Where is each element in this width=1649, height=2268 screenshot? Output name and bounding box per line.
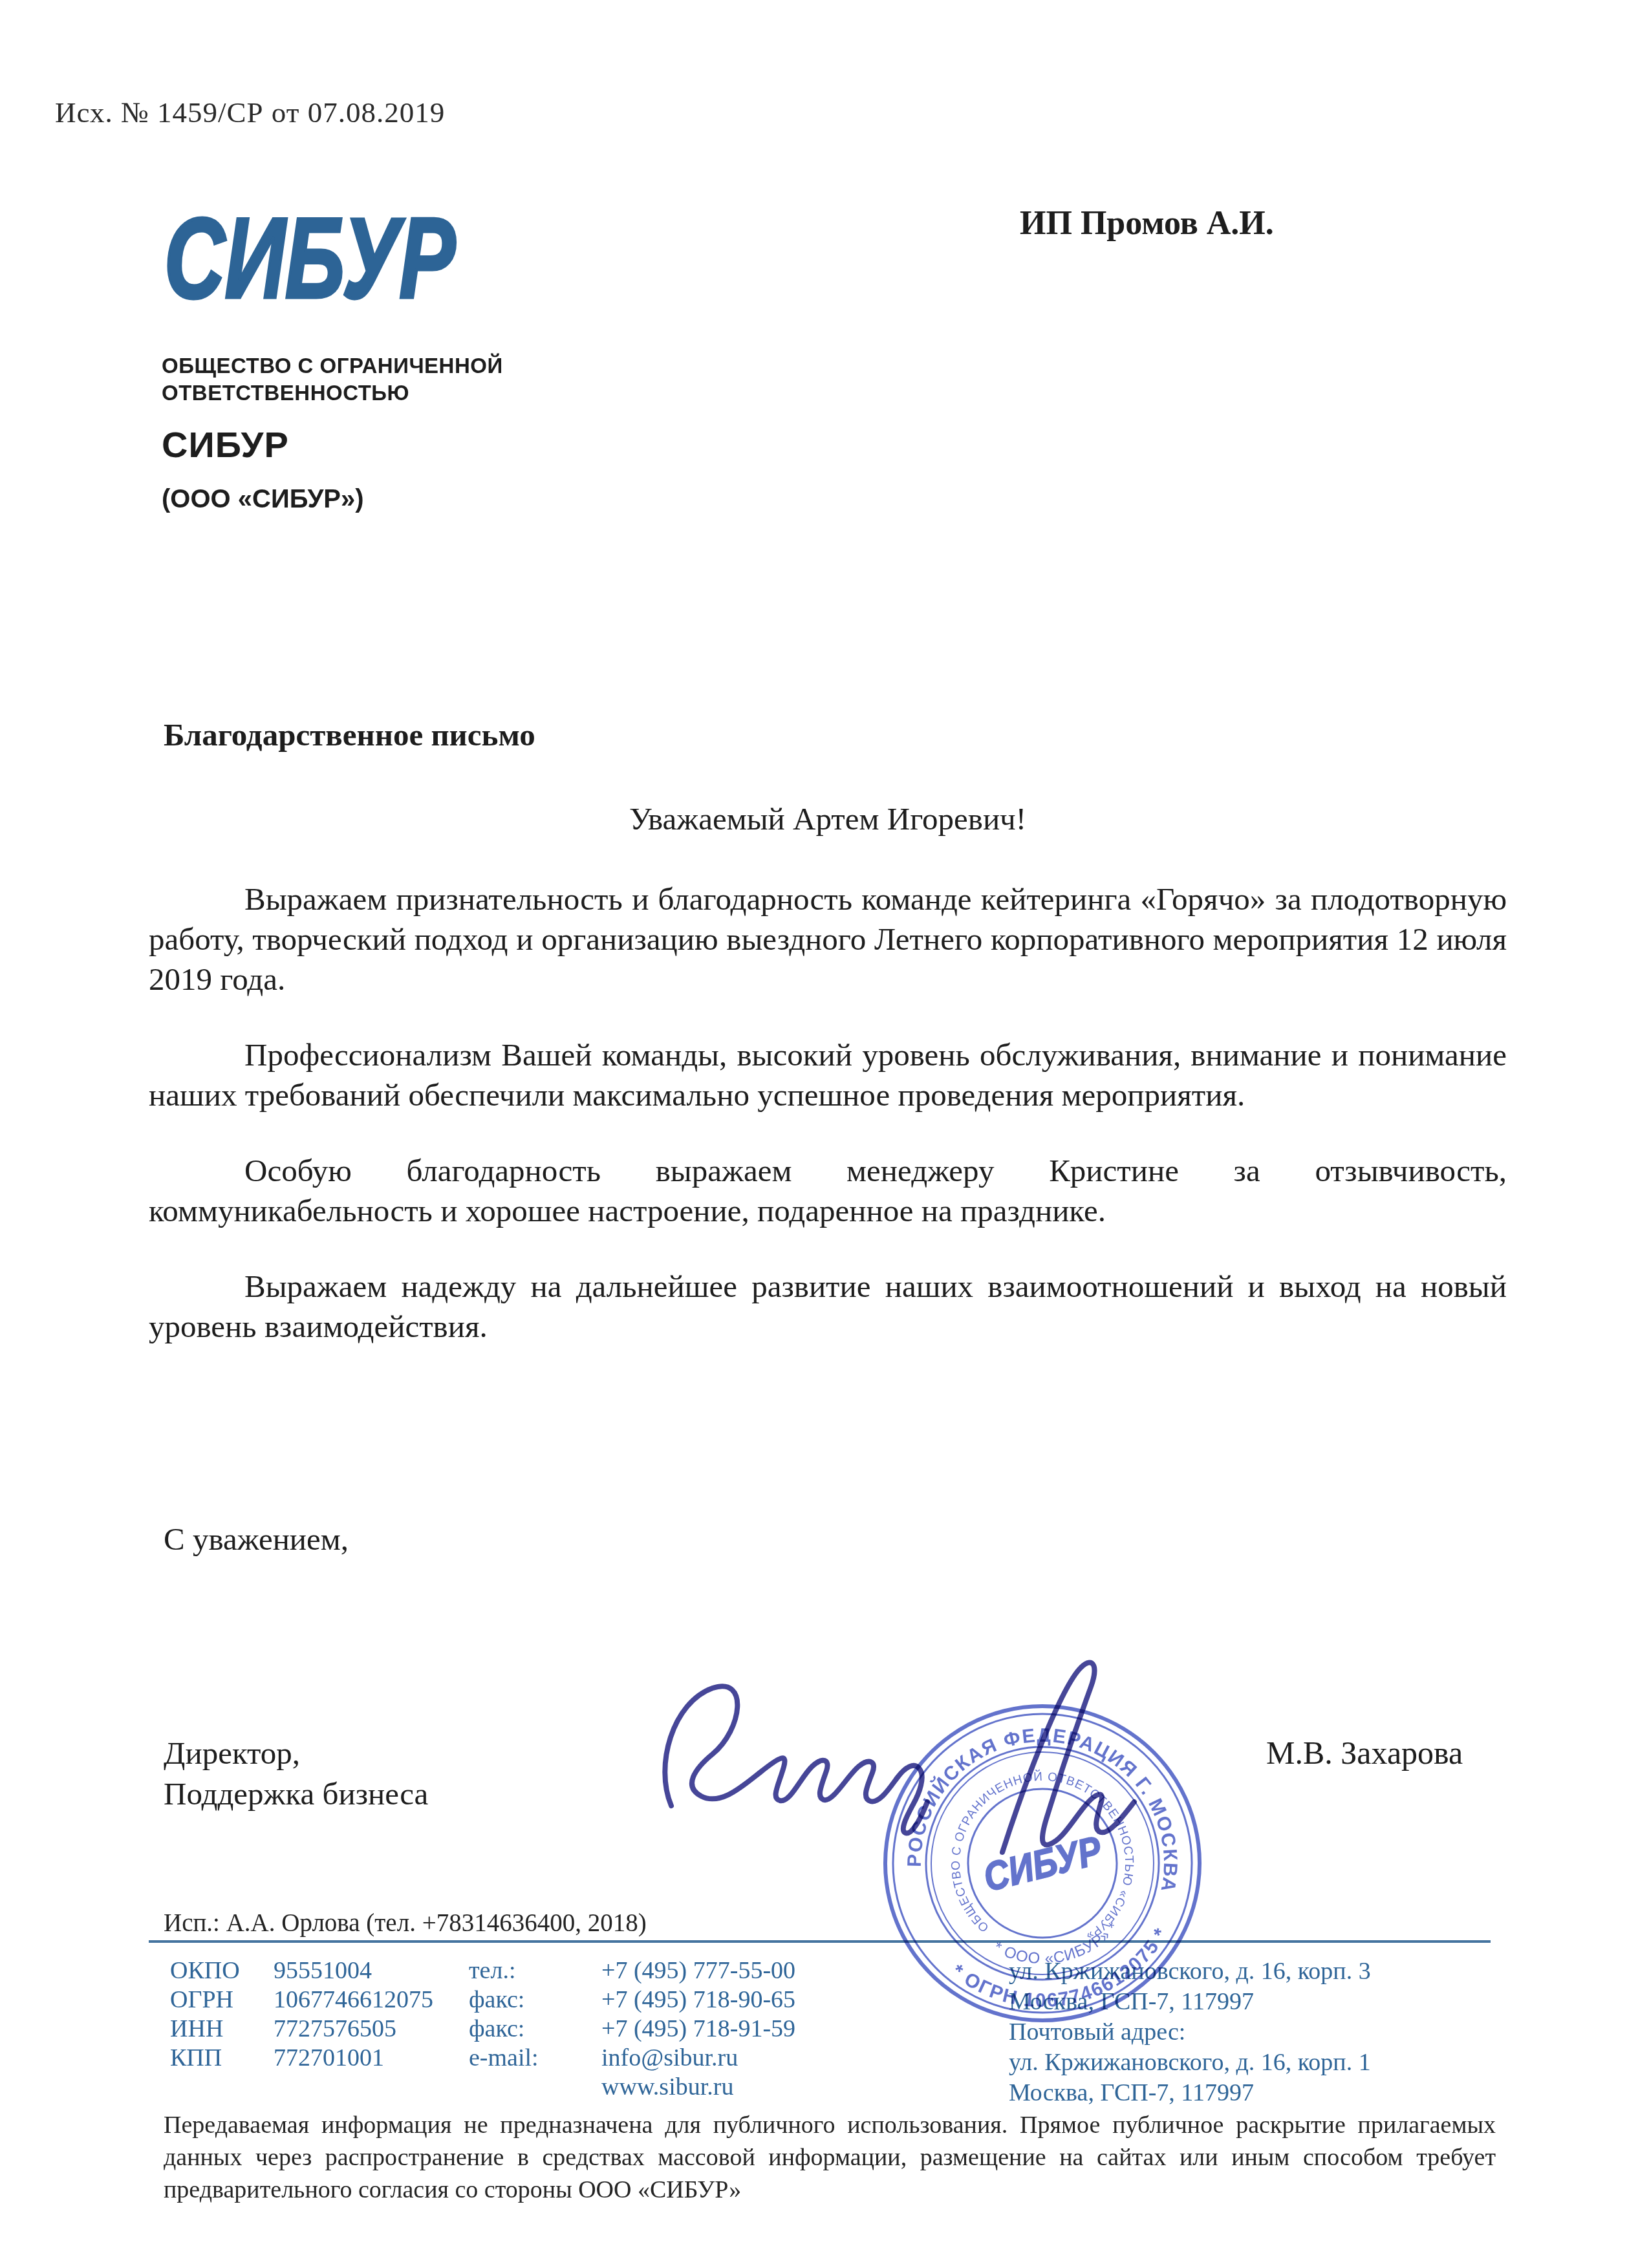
address-line: ул. Кржижановского, д. 16, корп. 1 xyxy=(1009,2048,1371,2078)
address-line: Москва, ГСП-7, 117997 xyxy=(1009,2078,1371,2108)
code-label: ОКПО xyxy=(170,1956,274,1985)
code-value: 95551004 xyxy=(274,1956,433,1985)
contact-label: тел.: xyxy=(469,1956,601,1985)
signer-name: М.В. Захарова xyxy=(1266,1734,1463,1771)
paragraph-2: Профессионализм Вашей команды, высокий у… xyxy=(149,1035,1507,1115)
contact-label: факс: xyxy=(469,1985,601,2015)
recipient: ИП Промов А.И. xyxy=(1020,204,1274,242)
code-value: 1067746612075 xyxy=(274,1985,433,2015)
signer-position-line1: Директор, xyxy=(164,1733,428,1773)
stamp-center-logo: СИБУР xyxy=(979,1828,1106,1900)
contact-value: +7 (495) 718-91-59 xyxy=(601,2015,795,2044)
contact-label xyxy=(469,2073,601,2102)
company-form-line2: ОТВЕТСТВЕННОСТЬЮ xyxy=(162,380,503,407)
signer-position-line2: Поддержка бизнеса xyxy=(164,1773,428,1814)
company-short-name: (ООО «СИБУР») xyxy=(162,485,503,514)
contact-value: +7 (495) 718-90-65 xyxy=(601,1985,795,2015)
salutation: Уважаемый Артем Игоревич! xyxy=(149,800,1507,837)
letter-title: Благодарственное письмо xyxy=(164,716,535,753)
code-label: КПП xyxy=(170,2044,274,2073)
code-label: ИНН xyxy=(170,2015,274,2044)
company-name: СИБУР xyxy=(162,423,503,465)
closing-phrase: С уважением, xyxy=(164,1521,349,1557)
confidentiality-disclaimer: Передаваемая информация не предназначена… xyxy=(164,2109,1496,2206)
outgoing-ref-line: Исх. № 1459/СР от 07.08.2019 xyxy=(55,96,445,129)
code-value: 772701001 xyxy=(274,2044,433,2073)
company-form-line1: ОБЩЕСТВО С ОГРАНИЧЕННОЙ xyxy=(162,352,503,380)
contact-value: +7 (495) 777-55-00 xyxy=(601,1956,795,1985)
letter-body: Выражаем признательность и благодарность… xyxy=(149,879,1507,1382)
paragraph-4: Выражаем надежду на дальнейшее развитие … xyxy=(149,1267,1507,1347)
signer-position: Директор, Поддержка бизнеса xyxy=(164,1733,428,1814)
website-link: www.sibur.ru xyxy=(601,2073,795,2102)
requisites-codes: ОКПО95551004 ОГРН1067746612075 ИНН772757… xyxy=(170,1956,433,2073)
company-seal-stamp: РОССИЙСКАЯ ФЕДЕРАЦИЯ Г. МОСКВА * ОГРН 10… xyxy=(881,1702,1204,2025)
contact-label: факс: xyxy=(469,2015,601,2044)
contact-label: e-mail: xyxy=(469,2044,601,2073)
executor-line: Исп.: А.А. Орлова (тел. +78314636400, 20… xyxy=(164,1909,647,1938)
paragraph-3: Особую благодарность выражаем менеджеру … xyxy=(149,1151,1507,1231)
contact-value: info@sibur.ru xyxy=(601,2044,795,2073)
footer-divider xyxy=(149,1940,1491,1943)
paragraph-1: Выражаем признательность и благодарность… xyxy=(149,879,1507,1000)
sibur-logo-text: СИБУР xyxy=(164,195,455,322)
requisites-contacts: тел.:+7 (495) 777-55-00 факс:+7 (495) 71… xyxy=(469,1956,795,2102)
letter-page: Исх. № 1459/СР от 07.08.2019 СИБУР ИП Пр… xyxy=(0,0,1649,2268)
sibur-logo: СИБУР xyxy=(159,194,463,330)
company-block: ОБЩЕСТВО С ОГРАНИЧЕННОЙ ОТВЕТСТВЕННОСТЬЮ… xyxy=(162,352,503,514)
code-label: ОГРН xyxy=(170,1985,274,2015)
code-value: 7727576505 xyxy=(274,2015,433,2044)
